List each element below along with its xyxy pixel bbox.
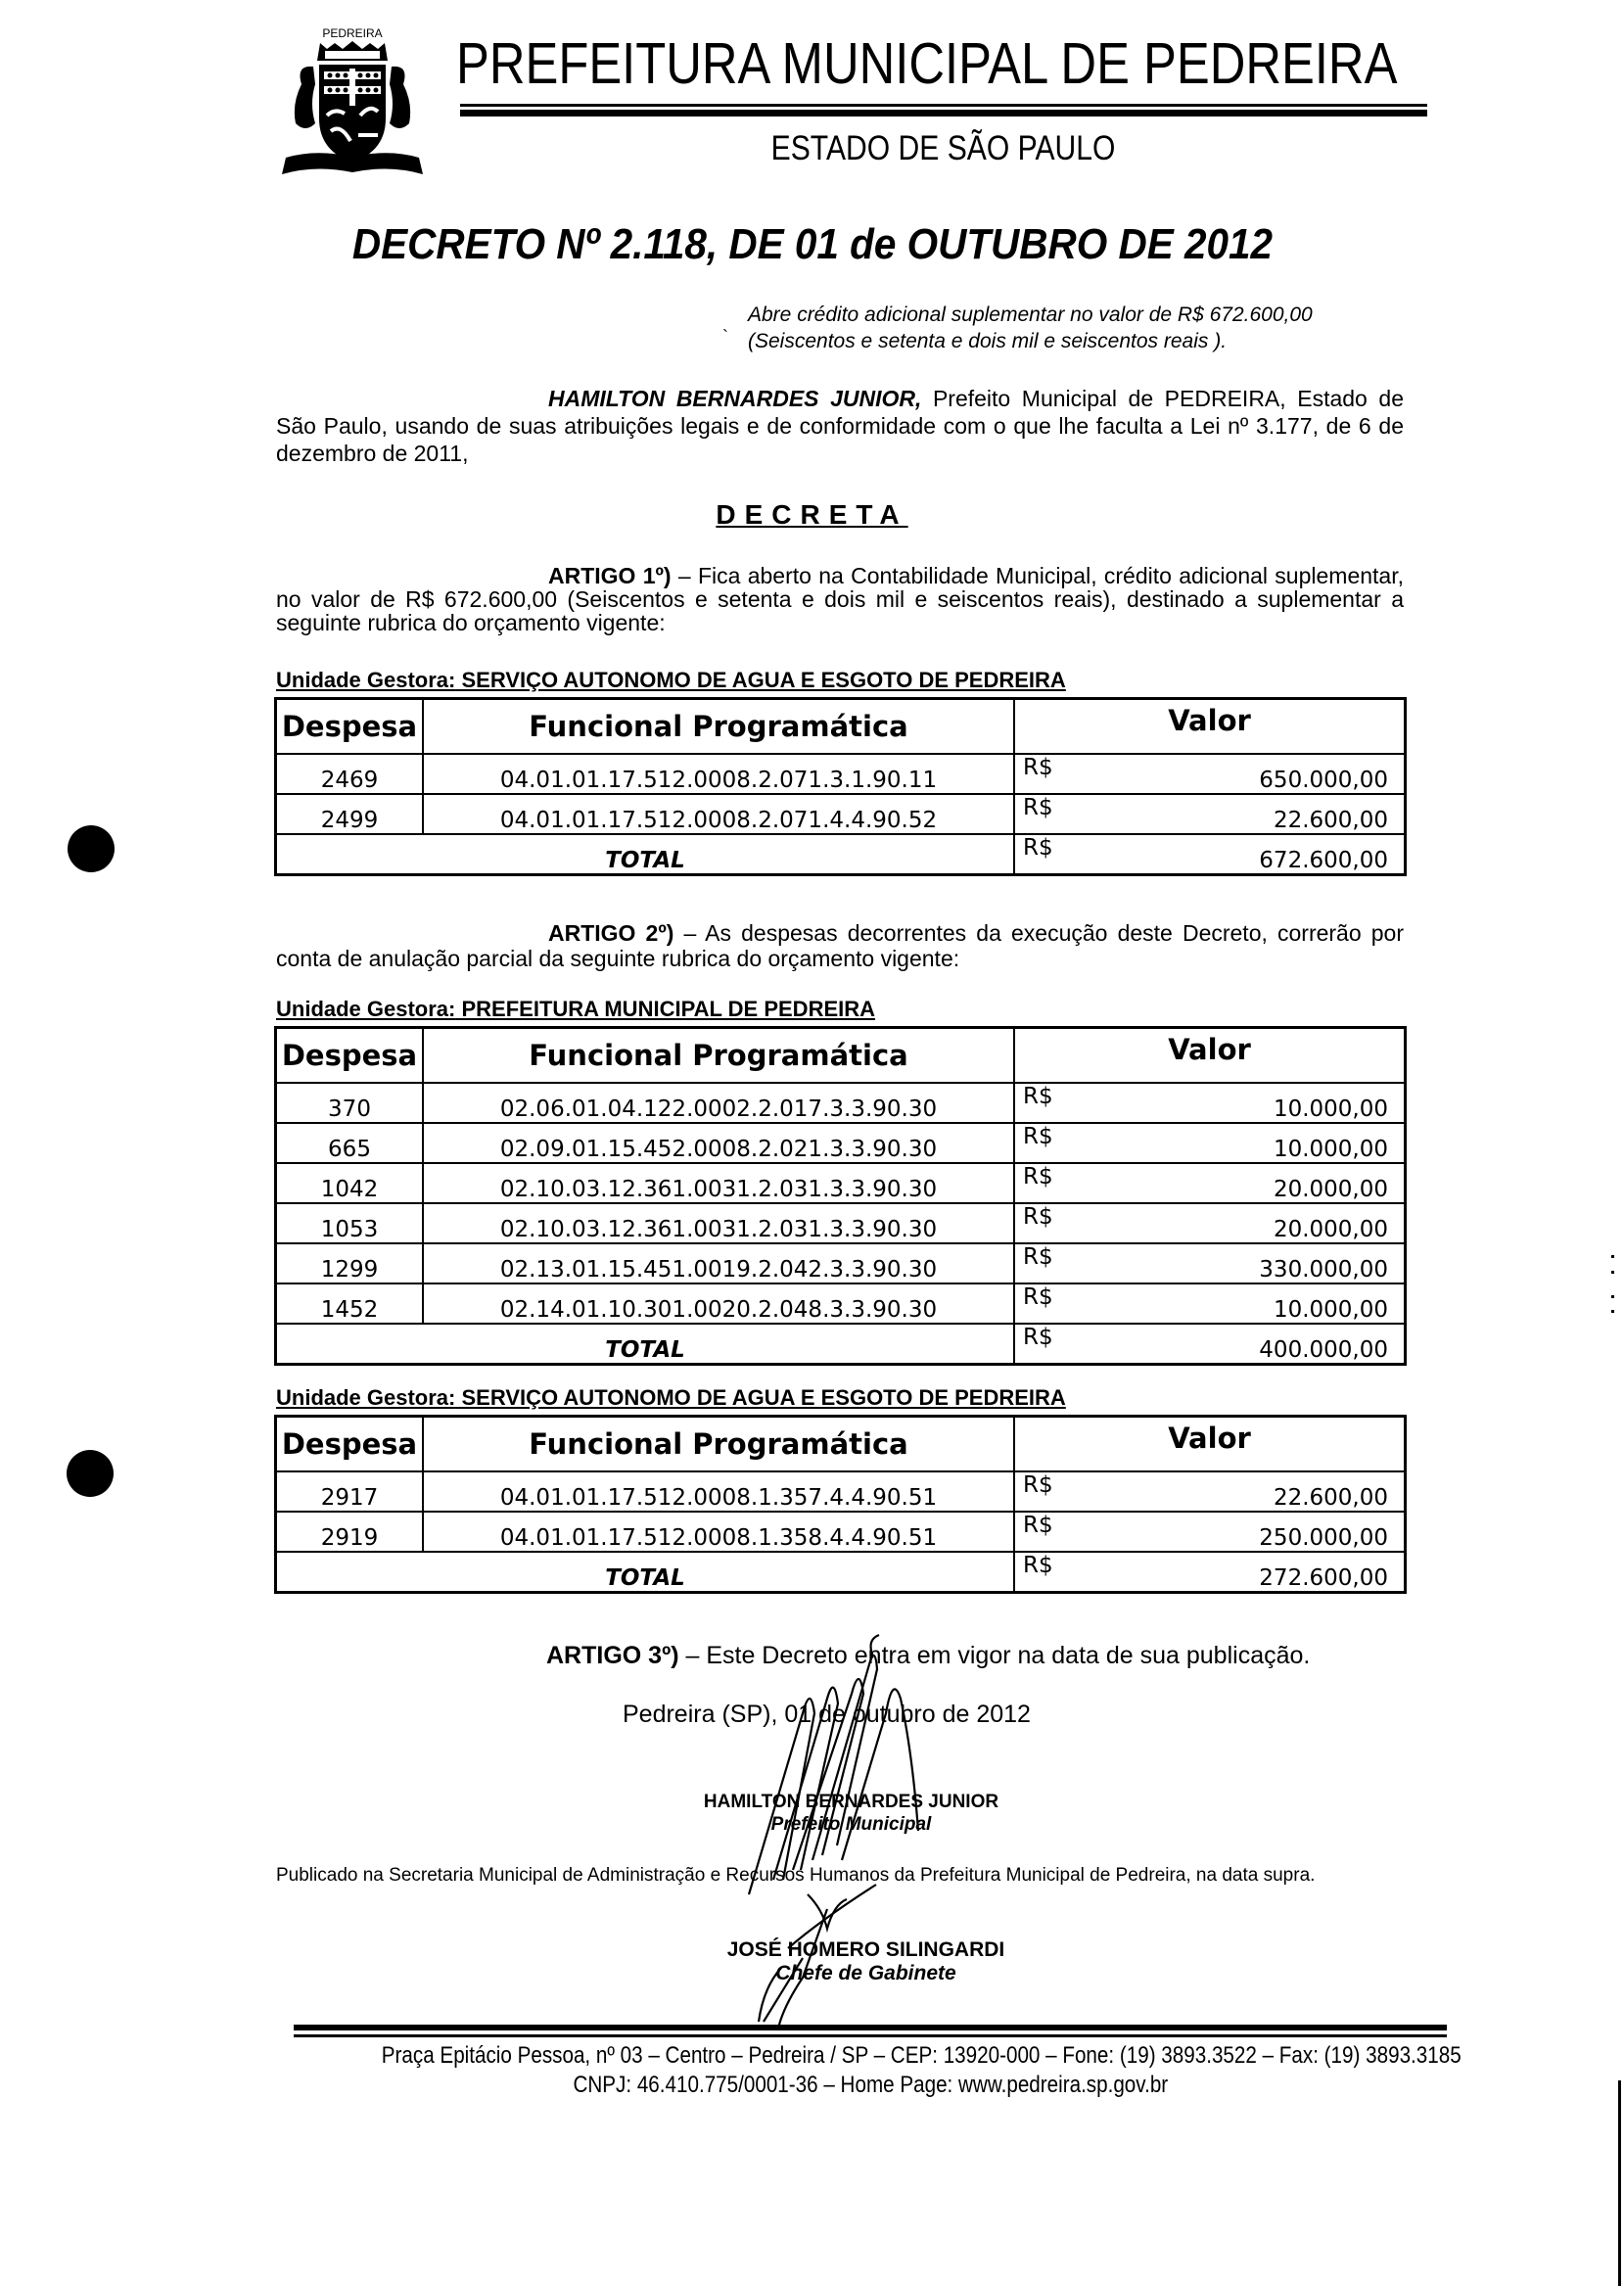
- currency-symbol: R$: [1023, 835, 1053, 861]
- table-row: 37002.06.01.04.122.0002.2.017.3.3.90.30R…: [276, 1083, 1406, 1123]
- total-value: R$272.600,00: [1014, 1552, 1406, 1593]
- amount: 20.000,00: [1015, 1207, 1404, 1242]
- currency-symbol: R$: [1023, 1325, 1053, 1350]
- valor-cell: R$22.600,00: [1014, 1471, 1406, 1512]
- article-3-label: ARTIGO 3º): [546, 1642, 679, 1669]
- intro-paragraph: HAMILTON BERNARDES JUNIOR, Prefeito Muni…: [276, 385, 1404, 467]
- currency-symbol: R$: [1023, 1164, 1053, 1190]
- funcional-cell: 04.01.01.17.512.0008.2.071.4.4.90.52: [423, 794, 1014, 834]
- table-header-row: DespesaFuncional ProgramáticaValor: [276, 1028, 1406, 1084]
- mayor-name-inline: HAMILTON BERNARDES JUNIOR,: [548, 386, 921, 411]
- scan-edge-line: [1618, 2080, 1621, 2286]
- funcional-cell: 02.14.01.10.301.0020.2.048.3.3.90.30: [423, 1283, 1014, 1324]
- currency-symbol: R$: [1023, 1472, 1053, 1498]
- header-funcional: Funcional Programática: [423, 699, 1014, 755]
- table-header-row: DespesaFuncional ProgramáticaValor: [276, 699, 1406, 755]
- funcional-cell: 02.10.03.12.361.0031.2.031.3.3.90.30: [423, 1163, 1014, 1203]
- decree-summary-line: Abre crédito adicional suplementar no va…: [748, 302, 1433, 328]
- currency-symbol: R$: [1023, 1244, 1053, 1270]
- unit-label: Unidade Gestora: PREFEITURA MUNICIPAL DE…: [276, 997, 875, 1022]
- unit-name: PREFEITURA MUNICIPAL DE PEDREIRA: [462, 997, 876, 1021]
- total-row: TOTALR$400.000,00: [276, 1324, 1406, 1365]
- header-funcional: Funcional Programática: [423, 1028, 1014, 1084]
- decree-title: DECRETO Nº 2.118, DE 01 de OUTUBRO DE 20…: [0, 217, 1624, 272]
- footer-address: Praça Epitácio Pessoa, nº 03 – Centro – …: [294, 2041, 1447, 2071]
- despesa-cell: 1452: [276, 1283, 424, 1324]
- table-row: 66502.09.01.15.452.0008.2.021.3.3.90.30R…: [276, 1123, 1406, 1163]
- unit-label: Unidade Gestora: SERVIÇO AUTONOMO DE AGU…: [276, 668, 1066, 693]
- unit-label: Unidade Gestora: SERVIÇO AUTONOMO DE AGU…: [276, 1385, 1066, 1411]
- total-row: TOTALR$272.600,00: [276, 1552, 1406, 1593]
- amount: 22.600,00: [1015, 1475, 1404, 1511]
- amount: 20.000,00: [1015, 1167, 1404, 1202]
- footer-cnpj-text: CNPJ: 46.410.775/0001-36 – Home Page: ww…: [573, 2071, 1168, 2100]
- scan-speck: [1611, 1271, 1614, 1274]
- article-1: ARTIGO 1º) – Fica aberto na Contabilidad…: [276, 564, 1404, 634]
- decree-title-text: DECRETO Nº 2.118, DE 01 de OUTUBRO DE 20…: [351, 217, 1272, 272]
- table-row: 104202.10.03.12.361.0031.2.031.3.3.90.30…: [276, 1163, 1406, 1203]
- amount: 330.000,00: [1015, 1247, 1404, 1283]
- table-row: 246904.01.01.17.512.0008.2.071.3.1.90.11…: [276, 754, 1406, 794]
- despesa-cell: 2469: [276, 754, 424, 794]
- funcional-cell: 02.10.03.12.361.0031.2.031.3.3.90.30: [423, 1203, 1014, 1243]
- header-despesa: Despesa: [276, 1417, 424, 1472]
- total-label: TOTAL: [276, 834, 1015, 875]
- table-row: 291704.01.01.17.512.0008.1.357.4.4.90.51…: [276, 1471, 1406, 1512]
- header-valor: Valor: [1014, 1028, 1406, 1084]
- amount: 400.000,00: [1015, 1328, 1404, 1363]
- total-value: R$400.000,00: [1014, 1324, 1406, 1365]
- total-label: TOTAL: [276, 1324, 1015, 1365]
- funcional-cell: 02.06.01.04.122.0002.2.017.3.3.90.30: [423, 1083, 1014, 1123]
- unit-label-prefix: Unidade Gestora:: [276, 1385, 455, 1410]
- unit-label-prefix: Unidade Gestora:: [276, 997, 455, 1021]
- header-despesa: Despesa: [276, 1028, 424, 1084]
- amount: 672.600,00: [1015, 838, 1404, 873]
- valor-cell: R$10.000,00: [1014, 1123, 1406, 1163]
- currency-symbol: R$: [1023, 1553, 1053, 1578]
- funcional-cell: 04.01.01.17.512.0008.2.071.3.1.90.11: [423, 754, 1014, 794]
- hole-punch: [68, 825, 115, 872]
- footer-address-text: Praça Epitácio Pessoa, nº 03 – Centro – …: [382, 2041, 1462, 2071]
- footer-rule: [294, 2025, 1447, 2030]
- hole-punch: [67, 1450, 114, 1497]
- funcional-cell: 04.01.01.17.512.0008.1.357.4.4.90.51: [423, 1471, 1014, 1512]
- amount: 272.600,00: [1015, 1556, 1404, 1591]
- amount: 250.000,00: [1015, 1516, 1404, 1551]
- header-funcional: Funcional Programática: [423, 1417, 1014, 1472]
- decree-summary-line: (Seiscentos e setenta e dois mil e seisc…: [748, 328, 1433, 354]
- currency-symbol: R$: [1023, 795, 1053, 820]
- despesa-cell: 370: [276, 1083, 424, 1123]
- total-value: R$672.600,00: [1014, 834, 1406, 875]
- valor-cell: R$20.000,00: [1014, 1203, 1406, 1243]
- header-rule: [460, 104, 1427, 107]
- funcional-cell: 04.01.01.17.512.0008.1.358.4.4.90.51: [423, 1512, 1014, 1552]
- despesa-cell: 665: [276, 1123, 424, 1163]
- table-row: 105302.10.03.12.361.0031.2.031.3.3.90.30…: [276, 1203, 1406, 1243]
- valor-cell: R$22.600,00: [1014, 794, 1406, 834]
- table-row: 249904.01.01.17.512.0008.2.071.4.4.90.52…: [276, 794, 1406, 834]
- coat-of-arms-icon: PEDREIRA: [276, 25, 429, 184]
- table-row: 129902.13.01.15.451.0019.2.042.3.3.90.30…: [276, 1243, 1406, 1283]
- footer-rule: [294, 2034, 1447, 2037]
- article-1-text: – Fica aberto na Contabilidade Municipal…: [276, 563, 1404, 635]
- header-subtitle: ESTADO DE SÃO PAULO: [460, 127, 1427, 170]
- despesa-cell: 1299: [276, 1243, 424, 1283]
- header-rule: [460, 110, 1427, 117]
- despesa-cell: 1053: [276, 1203, 424, 1243]
- header-despesa: Despesa: [276, 699, 424, 755]
- amount: 650.000,00: [1015, 758, 1404, 793]
- header-valor: Valor: [1014, 699, 1406, 755]
- amount: 22.600,00: [1015, 798, 1404, 833]
- scan-speck: [1611, 1255, 1614, 1258]
- valor-cell: R$10.000,00: [1014, 1083, 1406, 1123]
- total-row: TOTALR$672.600,00: [276, 834, 1406, 875]
- funcional-cell: 02.13.01.15.451.0019.2.042.3.3.90.30: [423, 1243, 1014, 1283]
- valor-cell: R$650.000,00: [1014, 754, 1406, 794]
- article-1-label: ARTIGO 1º): [548, 563, 672, 588]
- footer-cnpj: CNPJ: 46.410.775/0001-36 – Home Page: ww…: [294, 2071, 1447, 2100]
- despesa-cell: 2499: [276, 794, 424, 834]
- amount: 10.000,00: [1015, 1087, 1404, 1122]
- article-2: ARTIGO 2º) – As despesas decorrentes da …: [276, 920, 1404, 971]
- currency-symbol: R$: [1023, 1284, 1053, 1310]
- total-label: TOTAL: [276, 1552, 1015, 1593]
- despesa-cell: 2919: [276, 1512, 424, 1552]
- unit-name: SERVIÇO AUTONOMO DE AGUA E ESGOTO DE PED…: [462, 1385, 1066, 1410]
- scan-speck: [1611, 1295, 1614, 1298]
- svg-text:PEDREIRA: PEDREIRA: [322, 26, 382, 40]
- currency-symbol: R$: [1023, 1513, 1053, 1538]
- header-valor: Valor: [1014, 1417, 1406, 1472]
- decree-summary: Abre crédito adicional suplementar no va…: [748, 302, 1433, 354]
- amount: 10.000,00: [1015, 1287, 1404, 1323]
- budget-table: DespesaFuncional ProgramáticaValor37002.…: [274, 1026, 1407, 1366]
- header-subtitle-text: ESTADO DE SÃO PAULO: [771, 127, 1116, 170]
- valor-cell: R$250.000,00: [1014, 1512, 1406, 1552]
- funcional-cell: 02.09.01.15.452.0008.2.021.3.3.90.30: [423, 1123, 1014, 1163]
- budget-table: DespesaFuncional ProgramáticaValor246904…: [274, 697, 1407, 876]
- currency-symbol: R$: [1023, 755, 1053, 780]
- valor-cell: R$20.000,00: [1014, 1163, 1406, 1203]
- valor-cell: R$10.000,00: [1014, 1283, 1406, 1324]
- table-row: 145202.14.01.10.301.0020.2.048.3.3.90.30…: [276, 1283, 1406, 1324]
- article-2-text: – As despesas decorrentes da execução de…: [276, 920, 1404, 971]
- article-2-label: ARTIGO 2º): [548, 920, 673, 946]
- unit-label-prefix: Unidade Gestora:: [276, 668, 455, 692]
- despesa-cell: 1042: [276, 1163, 424, 1203]
- table-header-row: DespesaFuncional ProgramáticaValor: [276, 1417, 1406, 1472]
- handwritten-signature-icon: [666, 1625, 1018, 2036]
- amount: 10.000,00: [1015, 1127, 1404, 1162]
- currency-symbol: R$: [1023, 1084, 1053, 1109]
- header-title: PREFEITURA MUNICIPAL DE PEDREIRA: [456, 29, 1298, 98]
- currency-symbol: R$: [1023, 1124, 1053, 1149]
- despesa-cell: 2917: [276, 1471, 424, 1512]
- unit-name: SERVIÇO AUTONOMO DE AGUA E ESGOTO DE PED…: [462, 668, 1066, 692]
- currency-symbol: R$: [1023, 1204, 1053, 1230]
- decreta-heading: DECRETA: [0, 499, 1624, 531]
- valor-cell: R$330.000,00: [1014, 1243, 1406, 1283]
- stray-mark: `: [722, 327, 728, 348]
- budget-table: DespesaFuncional ProgramáticaValor291704…: [274, 1415, 1407, 1594]
- scan-speck: [1611, 1310, 1614, 1313]
- table-row: 291904.01.01.17.512.0008.1.358.4.4.90.51…: [276, 1512, 1406, 1552]
